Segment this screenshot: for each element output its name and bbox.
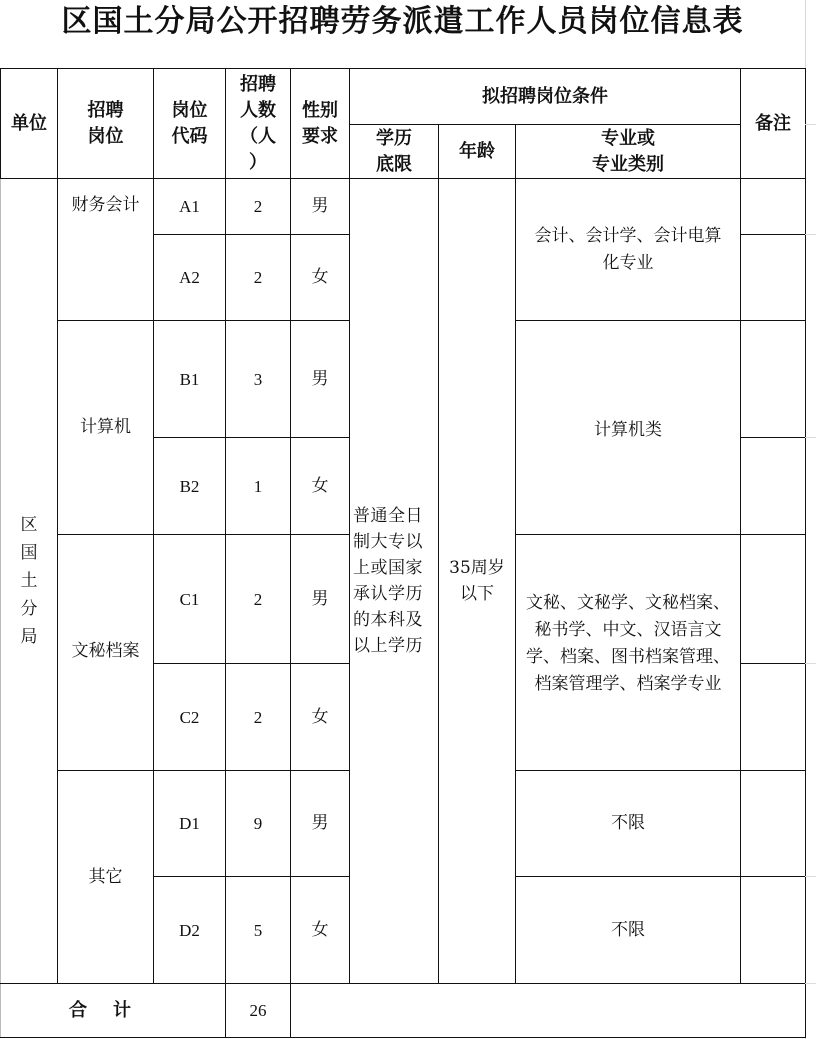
education-cell: 普通全日制大专以上或国家承认学历的本科及以上学历: [350, 179, 439, 984]
position-name: 其它: [89, 867, 123, 887]
remarks-cell: [741, 438, 806, 535]
header-education-line: 学历: [350, 126, 438, 152]
header-major: 专业或 专业类别: [516, 125, 741, 179]
gender: 男: [291, 771, 350, 877]
position-cell: 其它: [58, 771, 154, 984]
spreadsheet-gridline: [805, 663, 816, 664]
headcount: 9: [226, 771, 291, 877]
remarks-cell: [741, 664, 806, 771]
position-code: D1: [154, 771, 226, 877]
spreadsheet-gridline: [805, 234, 816, 235]
spreadsheet-gridline: [805, 437, 816, 438]
major-cell: 不限: [516, 771, 741, 877]
headcount: 5: [226, 877, 291, 984]
spreadsheet-gridline: [805, 983, 816, 984]
header-headcount-line: 人数: [226, 98, 290, 124]
remarks-cell: [741, 877, 806, 984]
header-code-line: 代码: [154, 124, 225, 150]
total-value: 26: [226, 984, 291, 1038]
unit-name: 区国土分局: [19, 511, 39, 651]
major-cell: 计算机类: [516, 321, 741, 535]
position-cell: 财务会计: [58, 179, 154, 321]
headcount: 2: [226, 235, 291, 321]
gender: 男: [291, 179, 350, 235]
spreadsheet-gridline: [805, 876, 816, 877]
header-unit: 单位: [1, 69, 58, 179]
spreadsheet-gridline: [805, 124, 816, 125]
header-headcount-line: （人: [226, 124, 290, 150]
major-requirement: 文秘、文秘学、文秘档案、秘书学、中文、汉语言文学、档案、图书档案管理、档案管理学…: [524, 590, 732, 698]
total-empty-cell: [291, 984, 806, 1038]
gender: 男: [291, 321, 350, 438]
position-code: D2: [154, 877, 226, 984]
headcount: 2: [226, 535, 291, 664]
headcount: 2: [226, 179, 291, 235]
header-position-code: 岗位 代码: [154, 69, 226, 179]
spreadsheet-gridline: [805, 0, 816, 1039]
headcount: 2: [226, 664, 291, 771]
header-conditions-group: 拟招聘岗位条件: [350, 69, 741, 125]
header-education-line: 底限: [350, 152, 438, 178]
remarks-cell: [741, 235, 806, 321]
age-requirement: 35周岁以下: [445, 555, 509, 607]
major-cell: 会计、会计学、会计电算化专业: [516, 179, 741, 321]
position-name: 财务会计: [72, 195, 140, 215]
position-code: C1: [154, 535, 226, 664]
position-code: A2: [154, 235, 226, 321]
header-row: 单位 招聘 岗位 岗位 代码 招聘 人数 （人 ） 性别 要求 拟招聘岗位条件 …: [1, 69, 806, 125]
header-position-line: 岗位: [58, 124, 153, 150]
page-title: 区国土分局公开招聘劳务派遣工作人员岗位信息表: [0, 0, 805, 68]
unit-cell: 区国土分局: [1, 179, 58, 984]
position-name: 文秘档案: [72, 641, 140, 661]
major-requirement: 会计、会计学、会计电算化专业: [528, 223, 728, 277]
position-code: C2: [154, 664, 226, 771]
position-name: 计算机: [80, 417, 131, 437]
position-code: A1: [154, 179, 226, 235]
header-position: 招聘 岗位: [58, 69, 154, 179]
header-code-line: 岗位: [154, 98, 225, 124]
position-code: B2: [154, 438, 226, 535]
header-position-line: 招聘: [58, 98, 153, 124]
header-gender: 性别 要求: [291, 69, 350, 179]
remarks-cell: [741, 771, 806, 877]
remarks-cell: [741, 321, 806, 438]
header-age: 年龄: [439, 125, 516, 179]
positions-table: 单位 招聘 岗位 岗位 代码 招聘 人数 （人 ） 性别 要求 拟招聘岗位条件 …: [0, 68, 806, 1038]
header-remarks: 备注: [741, 69, 806, 179]
header-headcount-line: ）: [226, 150, 290, 176]
total-row: 合计 26: [1, 984, 806, 1038]
position-cell: 文秘档案: [58, 535, 154, 771]
position-cell: 计算机: [58, 321, 154, 535]
header-major-line: 专业或: [516, 126, 740, 152]
remarks-cell: [741, 535, 806, 664]
major-cell: 不限: [516, 877, 741, 984]
header-headcount: 招聘 人数 （人 ）: [226, 69, 291, 179]
major-requirement: 计算机类: [526, 417, 731, 444]
gender: 女: [291, 235, 350, 321]
remarks-cell: [741, 179, 806, 235]
headcount: 1: [226, 438, 291, 535]
position-code: B1: [154, 321, 226, 438]
total-label: 合计: [69, 1000, 157, 1021]
gender: 男: [291, 535, 350, 664]
gender: 女: [291, 877, 350, 984]
header-major-line: 专业类别: [516, 152, 740, 178]
gender: 女: [291, 664, 350, 771]
headcount: 3: [226, 321, 291, 438]
header-gender-line: 性别: [291, 98, 349, 124]
major-cell: 文秘、文秘学、文秘档案、秘书学、中文、汉语言文学、档案、图书档案管理、档案管理学…: [516, 535, 741, 771]
header-gender-line: 要求: [291, 124, 349, 150]
education-requirement: 普通全日制大专以上或国家承认学历的本科及以上学历: [353, 503, 435, 659]
table-row: 区国土分局 财务会计 A1 2 男 普通全日制大专以上或国家承认学历的本科及以上…: [1, 179, 806, 235]
gender: 女: [291, 438, 350, 535]
header-education: 学历 底限: [350, 125, 439, 179]
header-headcount-line: 招聘: [226, 72, 290, 98]
total-label-cell: 合计: [1, 984, 226, 1038]
age-cell: 35周岁以下: [439, 179, 516, 984]
